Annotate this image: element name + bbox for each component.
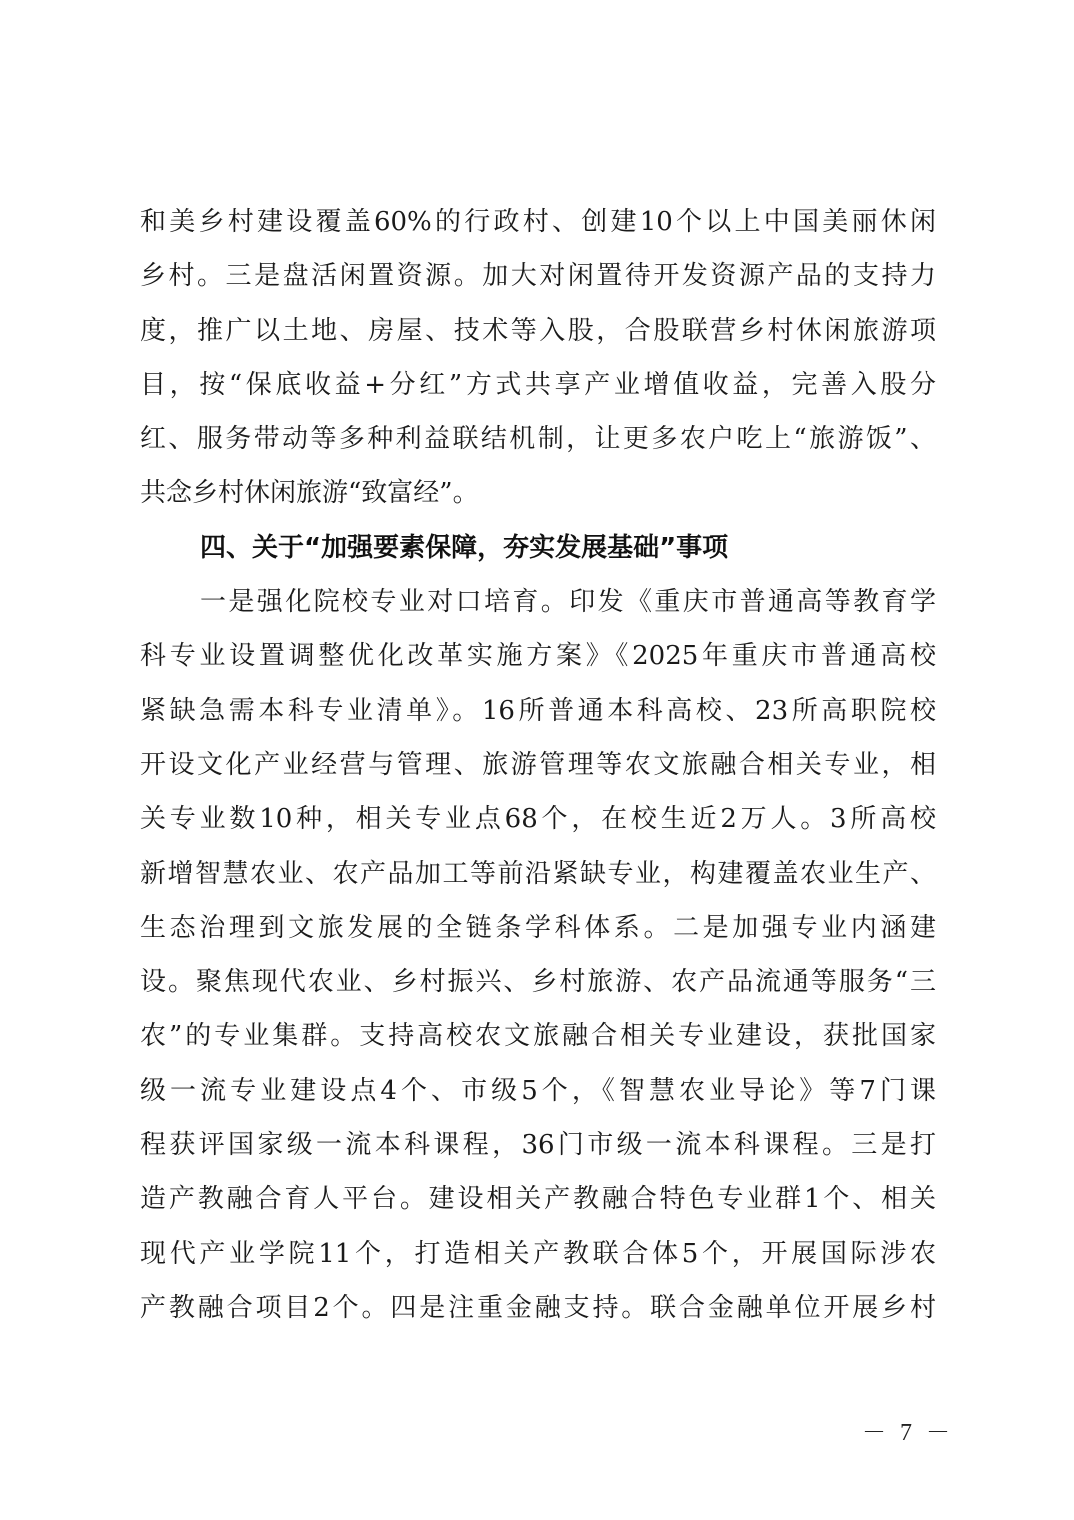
paragraph-line: 农”的专业集群。支持高校农文旅融合相关专业建设，获批国家	[140, 1009, 936, 1063]
paragraph-line: 设。聚焦现代农业、乡村振兴、乡村旅游、农产品流通等服务“三	[140, 955, 936, 1009]
paragraph-line: 科专业设置调整优化改革实施方案》《2025年重庆市普通高校	[140, 629, 936, 683]
paragraph-line: 关专业数10种，相关专业点68个，在校生近2万人。3所高校	[140, 792, 936, 846]
paragraph-line: 新增智慧农业、农产品加工等前沿紧缺专业，构建覆盖农业生产、	[140, 847, 936, 901]
paragraph-line: 产教融合项目2个。四是注重金融支持。联合金融单位开展乡村	[140, 1281, 936, 1335]
paragraph-line: 现代产业学院11个，打造相关产教联合体5个，开展国际涉农	[140, 1227, 936, 1281]
document-body: 和美乡村建设覆盖60%的行政村、创建10个以上中国美丽休闲 乡村。三是盘活闲置资…	[140, 195, 936, 1335]
page-number: － 7 －	[862, 1412, 954, 1447]
paragraph-line: 度，推广以土地、房屋、技术等入股，合股联营乡村休闲旅游项	[140, 304, 936, 358]
paragraph-line: 共念乡村休闲旅游“致富经”。	[140, 466, 936, 520]
document-page: 和美乡村建设覆盖60%的行政村、创建10个以上中国美丽休闲 乡村。三是盘活闲置资…	[0, 0, 1074, 1520]
section-heading: 四、关于“加强要素保障，夯实发展基础”事项	[140, 521, 936, 575]
paragraph-line: 和美乡村建设覆盖60%的行政村、创建10个以上中国美丽休闲	[140, 195, 936, 249]
paragraph-line: 目，按“保底收益+分红”方式共享产业增值收益，完善入股分	[140, 358, 936, 412]
paragraph-line: 造产教融合育人平台。建设相关产教融合特色专业群1个、相关	[140, 1172, 936, 1226]
paragraph-line: 红、服务带动等多种利益联结机制，让更多农户吃上“旅游饭”、	[140, 412, 936, 466]
paragraph-line: 开设文化产业经营与管理、旅游管理等农文旅融合相关专业，相	[140, 738, 936, 792]
paragraph-line: 程获评国家级一流本科课程，36门市级一流本科课程。三是打	[140, 1118, 936, 1172]
paragraph-line: 乡村。三是盘活闲置资源。加大对闲置待开发资源产品的支持力	[140, 249, 936, 303]
paragraph-line: 一是强化院校专业对口培育。印发《重庆市普通高等教育学	[140, 575, 936, 629]
paragraph-line: 紧缺急需本科专业清单》。16所普通本科高校、23所高职院校	[140, 684, 936, 738]
paragraph-line: 级一流专业建设点4个、市级5个，《智慧农业导论》等7门课	[140, 1064, 936, 1118]
paragraph-line: 生态治理到文旅发展的全链条学科体系。二是加强专业内涵建	[140, 901, 936, 955]
